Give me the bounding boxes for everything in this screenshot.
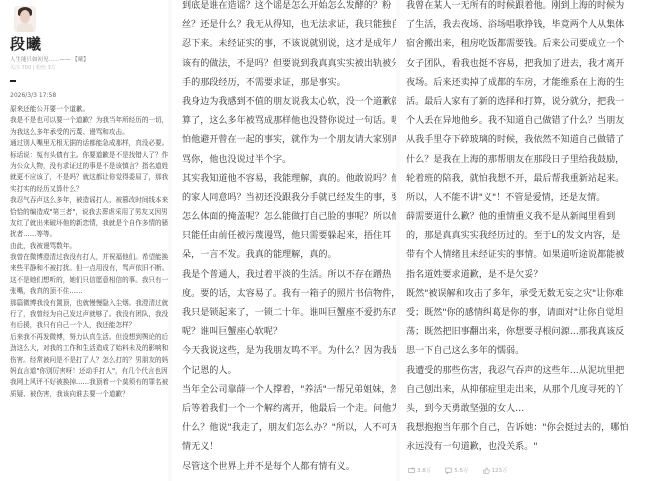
post-text-line: 我忍气吞声这么多年，被造谣打人、被篡改时间线本来 xyxy=(10,195,168,206)
post-text-line: 我曾在微博澄清过我没有打人，并祝福他们。希望能换 xyxy=(10,252,168,263)
profile-name[interactable]: 段曦 xyxy=(10,33,42,54)
post-text-line: 我曾在某人一无所有的时候跟着他。刚到上海的时候为 xyxy=(406,0,660,16)
separator-dash xyxy=(10,80,16,82)
post-text-line: 我只是锁起来了，一锁二十年。谁叫巨蟹座不爱扔东西 xyxy=(182,304,396,323)
post-text-line: 质疑、被伤害，我该向谁去要一个道歉？ xyxy=(10,389,168,400)
post-text-line: 夜场。后来还卖掉了成都的车房，才能维系在上海的生 xyxy=(406,74,660,93)
post-text-line: 标话说：冤有头债有主。你要道歉是不是找错人了？作 xyxy=(10,150,168,161)
post-text-line: 就更不应该了，不是吗？就这都让你觉得委屈了，那我 xyxy=(10,172,168,183)
post-text-line: 既然"被误解和攻击了多年，承受无数无妄之灾"让你难 xyxy=(406,285,660,304)
post-text-line: 为公众人物，没有求证过的事是不是该慎言？指名道姓 xyxy=(10,161,168,172)
comment-button[interactable]: 5.5万 xyxy=(445,466,468,474)
post-text-line: 手的那段经历，不需要求证，那是事实。 xyxy=(182,74,396,93)
post-text-line: 指名道姓要求道歉，是不是欠妥？ xyxy=(406,266,660,285)
post-text-line: 后来我不再发微博，努力认真生活。但没想到舆论的后 xyxy=(10,332,168,343)
post-text-line: 头，到今天勇敢坚强的女人… xyxy=(406,400,660,419)
post-text-line: 该有的做法，不是吗？但要说到我真真实实被出轨被分 xyxy=(182,55,396,74)
post-text-line: 我网上风评不好被换掉……我顶着一个莫须有的罪名被 xyxy=(10,377,168,388)
post-text-part-3: 我曾在某人一无所有的时候跟着他。刚到上海的时候为了生活，我去夜场、浴场唱歌挣钱，… xyxy=(406,0,660,458)
post-text-line: 受；既然"你的感情纠葛是你的事，请面对"让你自觉坦 xyxy=(406,304,660,323)
post-text-line: 到底是谁在造谣？这个谣是怎么开始怎么发酵的？粉 xyxy=(182,0,396,16)
post-text-line: 这不是她们想听的，她们只信愿意相信的事。我只有一 xyxy=(10,275,168,286)
post-text-line: 了生活，我去夜场、浴场唱歌挣钱，毕竟两个人从集体 xyxy=(406,16,660,35)
like-count: 123万 xyxy=(492,466,508,474)
post-text-line: 丝？还是什么？我无从得知，也无法求证，我只能独自 xyxy=(182,16,396,35)
post-text-line: 思一下自己这么多年的懦弱。 xyxy=(406,342,660,361)
avatar[interactable] xyxy=(14,6,36,32)
post-text-line: 的，那是真真实实我经历过的。至于L的发文内容，是 xyxy=(406,227,660,246)
like-button[interactable]: 123万 xyxy=(483,466,508,474)
repost-icon xyxy=(408,467,415,474)
post-text-line: 扰者……等等。 xyxy=(10,229,168,240)
post-text-line: 行了，我曾经为自己发过声就够了。我没有团队，我没 xyxy=(10,309,168,320)
post-text-line: 来些平静和不被打扰。但一点用没有，骂声依旧不断。 xyxy=(10,263,168,274)
post-text-line: 我遭受的那些伤害，我忍气吞声的这些年…从泥坑里把 xyxy=(406,362,660,381)
profile-stats: 关注 700 | 粉丝 3万 xyxy=(10,64,56,71)
post-text-line: 为我这么多年承受的污蔑、谩骂和攻击。 xyxy=(10,127,168,138)
post-text-line: 的家人同意吗？当初还没跟我分手就已经发生的事，要 xyxy=(182,189,396,208)
repost-count: 3.8万 xyxy=(417,466,431,474)
post-text-line: 伤害。经常被问是不是打了人？怎么打的？男朋友的妈 xyxy=(10,355,168,366)
post-text-line: 朵，一言不发。我真的能理解，真的。 xyxy=(182,246,396,265)
post-text-line: 活。最后人家有了新的选择和打算，说分就分，把我一 xyxy=(406,93,660,112)
post-text-line: 我身边为我感到不值的朋友说我太心软，没一个道歉就 xyxy=(182,93,396,112)
post-text-line: 个记恩的人。 xyxy=(182,362,396,381)
post-panel-2: 到底是谁在造谣？这个谣是怎么开始怎么发酵的？粉丝？还是什么？我无从得知，也无法求… xyxy=(172,0,396,481)
post-text-line: 实打实的经历又算什么？ xyxy=(10,184,168,195)
post-text-line: 情无义！ xyxy=(182,438,396,457)
post-text-line: 尽管这个世界上并不是每个人都有情有义。 xyxy=(182,458,396,477)
post-text-line: 怎么体面的掩盖呢？怎么能做打自己脸的事呢？所以他 xyxy=(182,208,396,227)
post-text-line: 什么？他说"我走了，朋友们怎么办？"所以，人不可无 xyxy=(182,419,396,438)
post-text-line: 什么？是我在上海的那帮朋友在那段日子里给我鼓励， xyxy=(406,151,660,170)
post-text-line: 轮着班的陪我，就怕我想不开，最后帮我重新站起来。 xyxy=(406,170,660,189)
post-text-line: 那篇微博我没有置顶，也就慢慢隐入尘烟。我澄清过就 xyxy=(10,298,168,309)
post-text-line: 友红了就出来破坏他的新恋情，我就是个自作多情的骚 xyxy=(10,218,168,229)
post-text-line: 妈直言道"你别厉害呀！还动手打人"，有几个代言也因 xyxy=(10,366,168,377)
comment-icon xyxy=(445,467,452,474)
post-text-line: 有后援，我只有自己一个人，我还能怎样？ xyxy=(10,320,168,331)
post-text-line: 我想抱抱当年那个自己，告诉她："你会挺过去的，哪怕 xyxy=(406,419,660,438)
post-text-part-1: 原来还能公开要一个道歉。我是不是也可以要一个道歉？为我当年所经历的一切，为我这么… xyxy=(10,104,168,400)
post-text-line: 原来还能公开要一个道歉。 xyxy=(10,104,168,115)
post-text-line: 自己刨出来，从抑郁症里走出来，从那个几度寻死的丫 xyxy=(406,381,660,400)
post-text-line: 骂你，他也没说过半个字。 xyxy=(182,151,396,170)
post-text-line: 当年全公司靠薛一个人撑着，"养活"一帮兄弟姐妹，然 xyxy=(182,381,396,400)
post-text-line: 怕他避开曾在一起的事实，就作为一个朋友请大家别再 xyxy=(182,131,396,150)
post-text-line: 恰恰的编造成"第三者"，说我去葬虐采用了男友又因男 xyxy=(10,207,168,218)
profile-bio: 人生能只如初见……—— 【曦】 xyxy=(10,55,89,63)
post-text-line: 我是个普通人，我过着平淡的生活。所以不存在蹭热 xyxy=(182,266,396,285)
post-text-line: 荡；既然把旧事翻出来，你想要寻根问源…那我真该反 xyxy=(406,323,660,342)
post-actions: 3.8万 5.5万 123万 xyxy=(408,466,508,474)
post-text-line: 通过别人嘴里无根无据的话都能急成那样，真没必要。 xyxy=(10,138,168,149)
post-text-line: 从我手里夺下碎玻璃的时候，我依然不知道自己做错了 xyxy=(406,131,660,150)
post-text-line: 我是不是也可以要一个道歉？为我当年所经历的一切， xyxy=(10,115,168,126)
post-text-line: 算了，这么多年被骂成那样他也没替你说过一句话。哪 xyxy=(182,112,396,131)
post-text-line: 由此，我被谩骂数年。 xyxy=(10,241,168,252)
post-text-part-2: 到底是谁在造谣？这个谣是怎么开始怎么发酵的？粉丝？还是什么？我无从得知，也无法求… xyxy=(182,0,396,477)
post-text-line: 女子团队，看我也挺不容易，把我加了进去，我才离开 xyxy=(406,55,660,74)
post-text-line: 张嘴，我真的顶不住…… xyxy=(10,286,168,297)
post-text-line: 带有个人情绪且未经证实的事情。如果道听途说都能被 xyxy=(406,246,660,265)
post-text-line: 只能任由前任被污蔑谩骂，他只需要躲起来，捂住耳 xyxy=(182,227,396,246)
post-text-line: 个人丢在异地他乡。我不知道自己做错了什么？当朋友 xyxy=(406,112,660,131)
post-panel-3: 我曾在某人一无所有的时候跟着他。刚到上海的时候为了生活，我去夜场、浴场唱歌挣钱，… xyxy=(400,0,660,481)
post-text-line: 呢？谁叫巨蟹座心软呢？ xyxy=(182,323,396,342)
repost-button[interactable]: 3.8万 xyxy=(408,466,431,474)
post-timestamp: 2026/3/3 17:58 xyxy=(10,92,56,99)
post-text-line: 薛需要道什么歉？他的重情重义我不是从新闻里看到 xyxy=(406,208,660,227)
post-text-line: 其实我知道他不容易，我能理解，真的。他敢说吗？他 xyxy=(182,170,396,189)
post-text-line: 永远没有一句道歉，也没关系。" xyxy=(406,438,660,457)
thumbs-up-icon xyxy=(483,467,490,474)
post-text-line: 所以，人不能不讲"义"！不管是爱情，还是友情。 xyxy=(406,189,660,208)
post-text-line: 后等着我们一个一个解约离开，他最后一个走。问他为 xyxy=(182,400,396,419)
post-text-line: 今天我说这些，是为我朋友鸣不平。为什么？因为我是 xyxy=(182,342,396,361)
post-text-line: 忍下来。未经证实的事，不该说就别说，这才是成年人 xyxy=(182,35,396,54)
post-text-line: 度。要的话，太容易了。我有一箱子的照片书信物件， xyxy=(182,285,396,304)
post-panel-1: 段曦 人生能只如初见……—— 【曦】 关注 700 | 粉丝 3万 2026/3… xyxy=(0,0,168,481)
post-text-line: 劲这么大，对我的工作和生活造成了始料未及的影响和 xyxy=(10,343,168,354)
post-text-line: 宿舍搬出来，租房吃饭都需要钱。后来公司要成立一个 xyxy=(406,35,660,54)
comment-count: 5.5万 xyxy=(454,466,468,474)
